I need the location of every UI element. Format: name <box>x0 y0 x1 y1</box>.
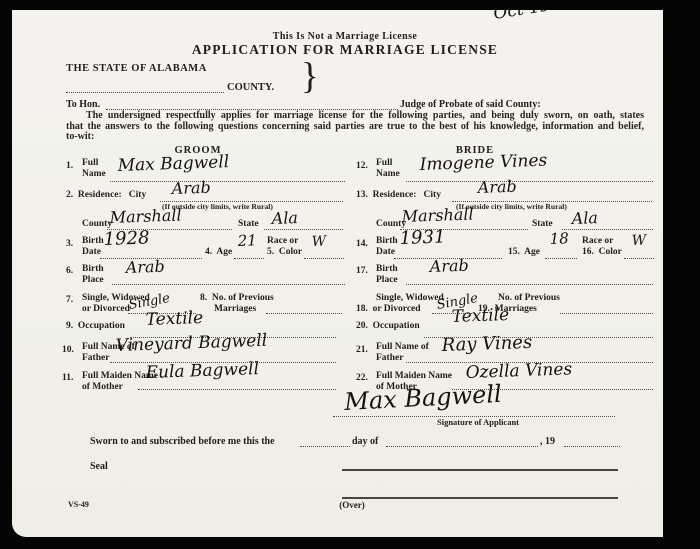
judge-of-probate-label: Judge of Probate of said County: <box>400 100 541 110</box>
not-a-license-notice: This Is Not a Marriage License <box>180 32 510 42</box>
field-rule <box>560 313 653 314</box>
field-rule <box>406 181 653 182</box>
bride-q21-number: 21. <box>356 346 368 356</box>
bride-q12-number: 12. <box>356 162 368 172</box>
bride-occupation-label: 20. Occupation <box>356 322 420 332</box>
scan-border-left <box>0 0 12 549</box>
officiant-title-line <box>342 497 618 499</box>
month-blank-line <box>386 446 538 447</box>
bride-q17-label-2: Place <box>376 276 398 286</box>
groom-birth-place-value: Arab <box>125 259 165 276</box>
sworn-statement-label: Sworn to and subscribed before me this t… <box>90 437 275 447</box>
bride-state-label: State <box>532 220 553 230</box>
groom-race-label-1: Race or <box>267 237 298 247</box>
bride-age-label: 15. Age <box>508 248 540 258</box>
field-rule <box>264 229 343 230</box>
groom-q1-label-1: Full <box>82 159 98 169</box>
form-code: VS-49 <box>68 501 89 509</box>
year-prefix-label: , 19 <box>540 437 555 447</box>
groom-q11-number: 11. <box>62 374 73 384</box>
groom-race-value: W <box>312 235 327 249</box>
groom-q3-label-1: Birth <box>82 237 104 247</box>
bride-q14-label-1: Birth <box>376 237 398 247</box>
bride-q12-label-1: Full <box>376 159 392 169</box>
groom-residence-label: 2. Residence: City <box>66 191 146 201</box>
brace-glyph: } <box>301 58 319 95</box>
bride-race-label-1: Race or <box>582 237 613 247</box>
groom-q3-label-2: Date <box>82 248 101 258</box>
bride-age-value: 18 <box>549 231 569 247</box>
bride-q21-label-1: Full Name of <box>376 343 429 353</box>
field-rule <box>304 258 344 259</box>
over-label: (Over) <box>322 501 382 510</box>
field-rule <box>138 389 336 390</box>
groom-q3-number: 3. <box>66 240 73 250</box>
groom-race-label-2: 5. Color <box>267 248 302 258</box>
groom-q8-label-2: Marriages <box>214 305 256 315</box>
seal-label: Seal <box>90 462 108 472</box>
bride-race-label-2: 16. Color <box>582 248 622 258</box>
groom-age-label: 4. Age <box>205 248 232 258</box>
bride-q21-label-2: Father <box>376 354 403 364</box>
year-blank-line <box>564 446 620 447</box>
bride-q14-number: 14. <box>356 240 368 250</box>
groom-q1-label-2: Name <box>82 170 106 180</box>
field-rule <box>406 284 653 285</box>
bride-birth-place-value: Arab <box>429 258 469 275</box>
groom-q6-label-1: Birth <box>82 265 104 275</box>
groom-q7-number: 7. <box>66 296 73 306</box>
form-title: APPLICATION FOR MARRIAGE LICENSE <box>155 43 535 57</box>
bride-residence-city-value: Arab <box>477 179 517 196</box>
day-of-label: day of <box>352 437 378 447</box>
bride-full-name-value: Imogene Vines <box>419 153 547 174</box>
groom-county-value: Marshall <box>109 208 181 226</box>
day-blank-line <box>300 446 350 447</box>
groom-birth-date-value: 1928 <box>103 229 149 249</box>
bride-q22-label-1: Full Maiden Name <box>376 372 452 382</box>
groom-occupation-label: 9. Occupation <box>66 322 125 332</box>
groom-mother-name-value: Eula Bagwell <box>145 361 259 382</box>
field-rule <box>545 258 577 259</box>
bride-q17-number: 17. <box>356 267 368 277</box>
groom-residence-city-value: Arab <box>171 180 211 197</box>
groom-age-value: 21 <box>237 233 257 249</box>
bride-residence-label: 13. Residence: City <box>356 191 441 201</box>
groom-q10-number: 10. <box>62 346 74 356</box>
bride-q19-label-1: No. of Previous <box>498 294 560 304</box>
field-rule <box>562 229 653 230</box>
field-rule <box>112 284 345 285</box>
bride-q18-label-1: Single, Widowed <box>376 294 444 304</box>
groom-q6-number: 6. <box>66 267 73 277</box>
bride-state-value: Ala <box>571 210 598 227</box>
groom-q6-label-2: Place <box>82 276 104 286</box>
field-rule <box>624 258 654 259</box>
groom-q7-label-2: or Divorced <box>82 305 130 315</box>
scanned-marriage-application: Oct 1949 This Is Not a Marriage License … <box>0 0 700 549</box>
state-heading: THE STATE OF ALABAMA <box>66 64 207 75</box>
bride-q22-number: 22. <box>356 374 368 384</box>
bride-father-name-value: Ray Vines <box>441 334 532 355</box>
groom-state-value: Ala <box>271 210 298 227</box>
officiant-signature-line <box>342 469 618 471</box>
scan-border-bottom <box>0 537 700 549</box>
groom-q1-number: 1. <box>66 162 73 172</box>
county-label: COUNTY. <box>227 83 274 94</box>
field-rule <box>234 258 264 259</box>
bride-q12-label-2: Name <box>376 170 400 180</box>
bride-q14-label-2: Date <box>376 248 395 258</box>
bride-occupation-value: Textile <box>451 307 509 326</box>
to-hon-label: To Hon. <box>66 100 100 110</box>
signature-caption: Signature of Applicant <box>398 418 558 427</box>
bride-birth-date-value: 1931 <box>399 228 445 248</box>
form-paper <box>12 10 663 537</box>
bride-county-value: Marshall <box>401 207 473 225</box>
scan-border-right <box>663 0 700 549</box>
bride-q17-label-1: Birth <box>376 265 398 275</box>
groom-occupation-value: Textile <box>145 310 203 329</box>
bride-mother-name-value: Ozella Vines <box>465 361 572 382</box>
bride-race-value: W <box>632 234 647 248</box>
groom-q8-label-1: 8. No. of Previous <box>200 294 274 304</box>
county-blank-line <box>66 92 224 93</box>
bride-q18-label-2: 18. or Divorced <box>356 305 421 315</box>
field-rule <box>110 181 345 182</box>
scan-border-top <box>0 0 700 10</box>
groom-full-name-value: Max Bagwell <box>117 154 229 175</box>
oath-paragraph: The undersigned respectfully applies for… <box>66 111 644 143</box>
groom-state-label: State <box>238 220 259 230</box>
field-rule <box>266 313 342 314</box>
groom-q10-label-2: Father <box>82 354 109 364</box>
groom-q11-label-2: of Mother <box>82 383 123 393</box>
